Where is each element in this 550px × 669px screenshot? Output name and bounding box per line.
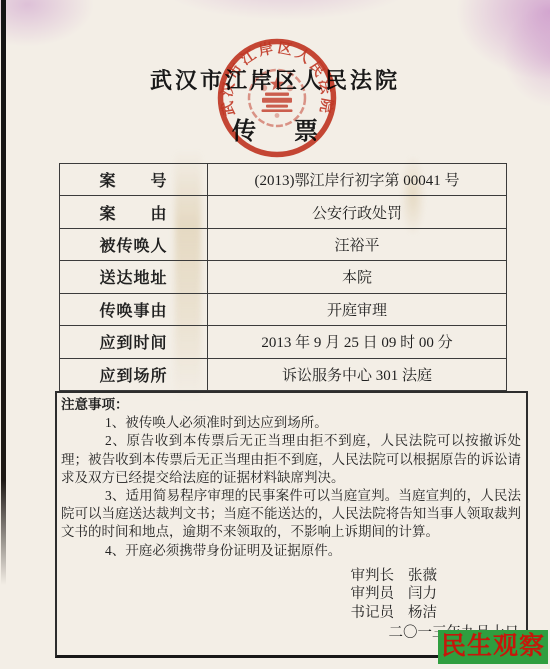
field-value: 2013 年 9 月 25 日 09 时 00 分: [208, 326, 507, 358]
signature-line: 审判员 闫力: [61, 585, 521, 604]
title-char: 票: [294, 111, 318, 146]
case-row: 应到场所 诉讼服务中心 301 法庭: [60, 358, 507, 390]
signer-name: 张薇: [408, 567, 437, 586]
field-value: 汪裕平: [208, 228, 507, 260]
note-item: 2、原告收到本传票后无正当理由拒不到庭，人民法院可以按撤诉处理；被告收到本传票后…: [61, 432, 521, 487]
field-value: 开庭审理: [208, 293, 507, 325]
case-info-table: 案 号 (2013)鄂江岸行初字第 00041 号 案 由 公安行政处罚 被传唤…: [59, 163, 507, 391]
watermark-banner: 民生观察: [438, 630, 548, 664]
case-row: 被传唤人 汪裕平: [60, 228, 507, 260]
case-row: 应到时间 2013 年 9 月 25 日 09 时 00 分: [60, 326, 507, 358]
title-char: 传: [232, 111, 256, 146]
field-label: 被传唤人: [60, 228, 208, 260]
field-label: 送达地址: [60, 261, 208, 293]
note-item: 4、开庭必须携带身份证明及证据原件。: [61, 542, 521, 560]
signer-role: 审判长: [351, 567, 395, 586]
field-label: 案 号: [60, 164, 208, 196]
field-label: 案 由: [60, 196, 208, 228]
field-value: 本院: [208, 261, 507, 293]
signer-role: 书记员: [351, 604, 395, 623]
notes-title: 注意事项：: [61, 396, 521, 414]
case-row: 案 由 公安行政处罚: [60, 196, 507, 228]
field-label: 应到场所: [60, 358, 208, 390]
signer-name: 杨洁: [408, 604, 437, 623]
field-value: 诉讼服务中心 301 法庭: [208, 358, 507, 390]
signature-line: 书记员 杨洁: [61, 604, 521, 623]
field-value: (2013)鄂江岸行初字第 00041 号: [208, 164, 507, 196]
field-value: 公安行政处罚: [208, 196, 507, 228]
field-label: 应到时间: [60, 326, 208, 358]
court-summons-document: 武汉市江岸区人民法院 传 票 武汉市江岸区人民法院 案 号 (2013)鄂江岸行…: [0, 0, 550, 669]
court-name: 武汉市江岸区人民法院: [0, 64, 550, 95]
note-item: 1、被传唤人必须准时到达应到场所。: [61, 414, 521, 432]
note-item: 3、适用简易程序审理的民事案件可以当庭宣判。当庭宣判的，人民法院可以当庭送达裁判…: [61, 487, 521, 542]
signer-name: 闫力: [408, 585, 437, 604]
case-row: 传唤事由 开庭审理: [60, 293, 507, 325]
signer-role: 审判员: [351, 585, 395, 604]
field-label: 传唤事由: [60, 293, 208, 325]
notes-section: 注意事项： 1、被传唤人必须准时到达应到场所。 2、原告收到本传票后无正当理由拒…: [55, 391, 528, 658]
signature-line: 审判长 张薇: [61, 567, 521, 586]
case-row: 案 号 (2013)鄂江岸行初字第 00041 号: [60, 164, 507, 196]
document-title: 传 票: [0, 111, 550, 146]
case-row: 送达地址 本院: [60, 261, 507, 293]
